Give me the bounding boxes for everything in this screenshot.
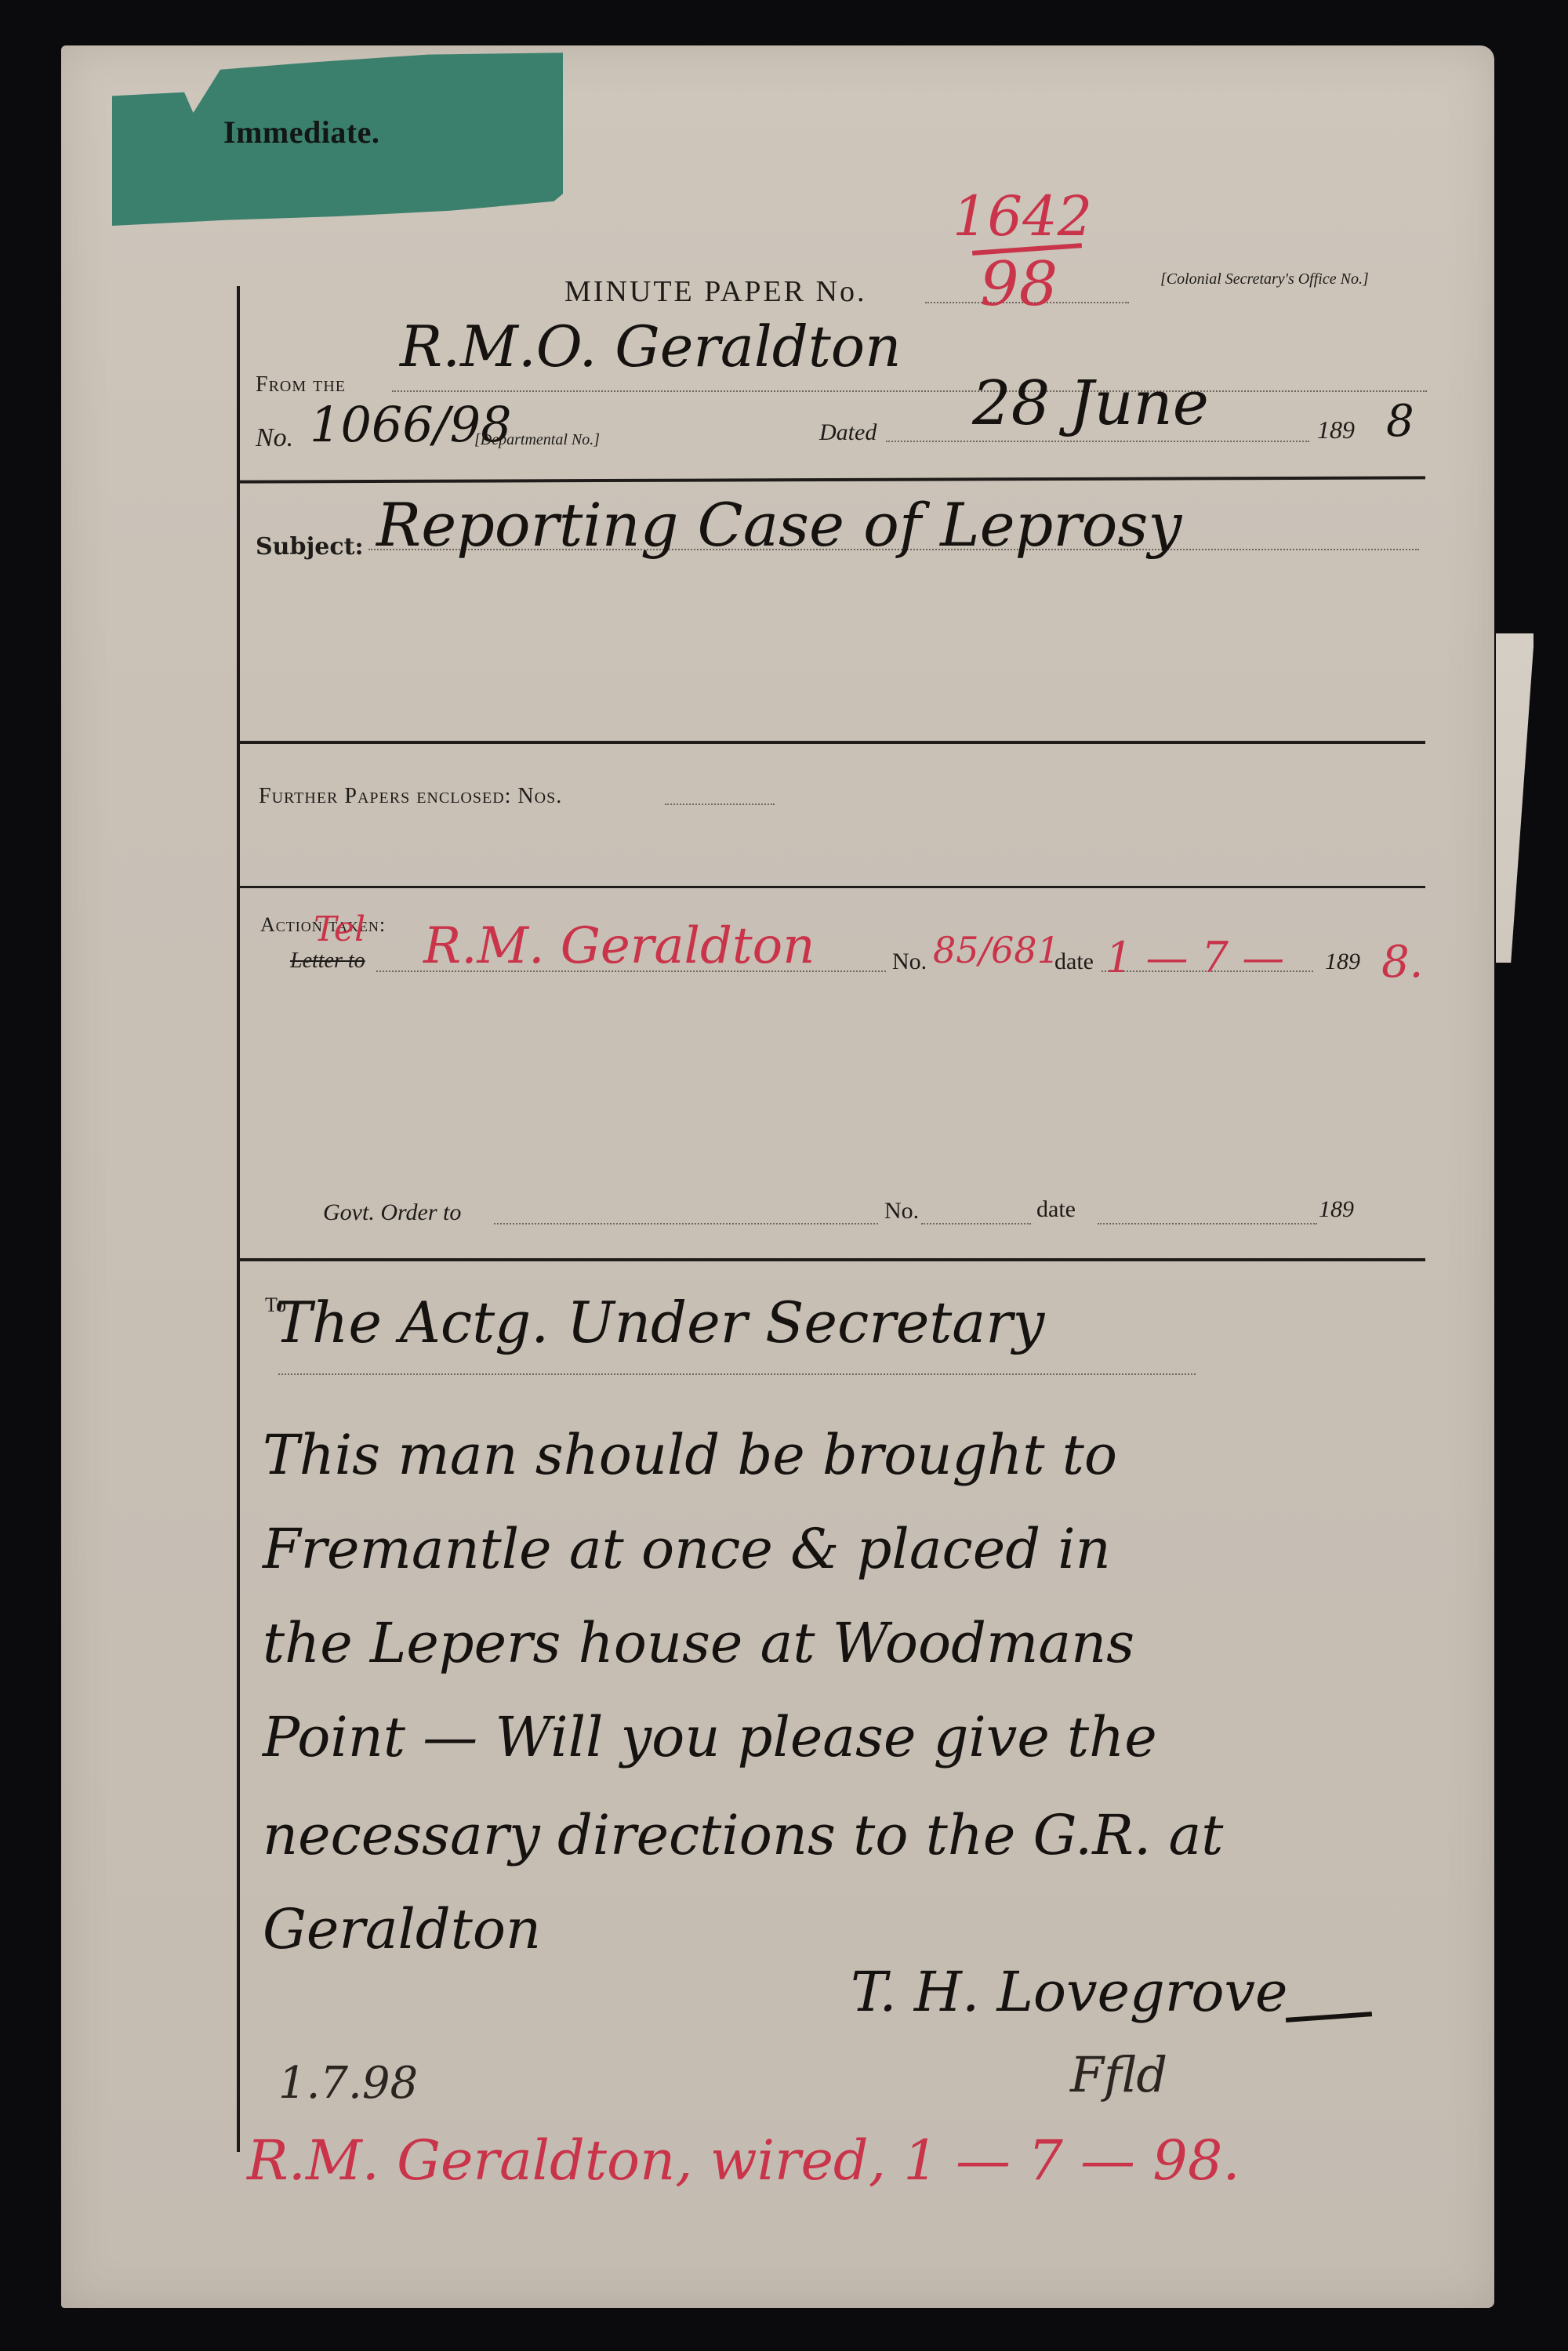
govt-order-date-label: date (1036, 1196, 1076, 1223)
subject-value: Reporting Case of Leprosy (376, 490, 1181, 560)
red-wired-annotation: R.M. Geraldton, wired, 1 — 7 — 98. (247, 2128, 1240, 2193)
govt-order-no-label: No. (884, 1198, 919, 1224)
minute-initials: Ffld (1070, 2046, 1167, 2103)
dated-line (886, 441, 1309, 442)
minute-body-line-6: Geraldton (263, 1897, 541, 1961)
dated-year-suffix: 8 (1386, 396, 1414, 447)
dated-year-prefix: 189 (1317, 415, 1355, 444)
cso-number-label: [Colonial Secretary's Office No.] (1160, 270, 1369, 288)
letter-to-value: R.M. Geraldton (423, 917, 815, 975)
to-line (278, 1373, 1196, 1375)
letter-to-annotation: Tel (314, 909, 365, 949)
departmental-no-label: No. (256, 423, 293, 453)
letter-to-label: Letter to (290, 949, 365, 974)
left-margin-rule (237, 286, 240, 2152)
minute-body-line-4: Point — Will you please give the (263, 1705, 1157, 1769)
from-line (392, 390, 1427, 392)
to-value: The Actg. Under Secretary (274, 1290, 1044, 1355)
dated-label: Dated (819, 419, 877, 446)
protruding-page-edge (1496, 633, 1534, 963)
minute-body-line-1: This man should be brought to (263, 1423, 1117, 1487)
action-year-suffix: 8. (1381, 937, 1423, 988)
dated-value: 28 June (972, 368, 1209, 439)
action-date-label: date (1054, 949, 1094, 975)
action-no-value: 85/681 (933, 929, 1060, 971)
minute-body-line-2: Fremantle at once & placed in (263, 1517, 1111, 1581)
document-title: MINUTE PAPER No. (564, 274, 866, 309)
action-no-label: No. (892, 949, 927, 975)
further-papers-line (665, 804, 775, 805)
minute-signature: T. H. Lovegrove (851, 1960, 1287, 2024)
from-value: R.M.O. Geraldton (400, 314, 902, 379)
departmental-no-hint: [Departmental No.] (474, 431, 600, 449)
priority-tab-label: Immediate. (223, 114, 379, 151)
from-label: From the (256, 372, 346, 397)
govt-order-label: Govt. Order to (323, 1199, 461, 1226)
subject-label: Subject: (256, 533, 364, 561)
minute-body-line-3: the Lepers house at Woodmans (263, 1611, 1134, 1675)
action-date-value: 1 — 7 — (1105, 933, 1284, 982)
cso-number-denominator: 98 (980, 249, 1058, 320)
cso-number-numerator: 1642 (953, 184, 1092, 249)
minute-body-line-5: necessary directions to the G.R. at (263, 1803, 1223, 1867)
govt-order-year-prefix: 189 (1319, 1196, 1354, 1223)
subject-divider (240, 741, 1425, 744)
further-papers-divider (240, 886, 1425, 888)
minute-date: 1.7.98 (278, 2058, 418, 2109)
action-year-prefix: 189 (1325, 949, 1360, 975)
govt-order-no-line (921, 1223, 1031, 1224)
govt-order-date-line (1098, 1223, 1317, 1224)
govt-order-line (494, 1223, 878, 1224)
further-papers-label: Further Papers enclosed: Nos. (259, 784, 562, 809)
action-divider (240, 1258, 1425, 1261)
